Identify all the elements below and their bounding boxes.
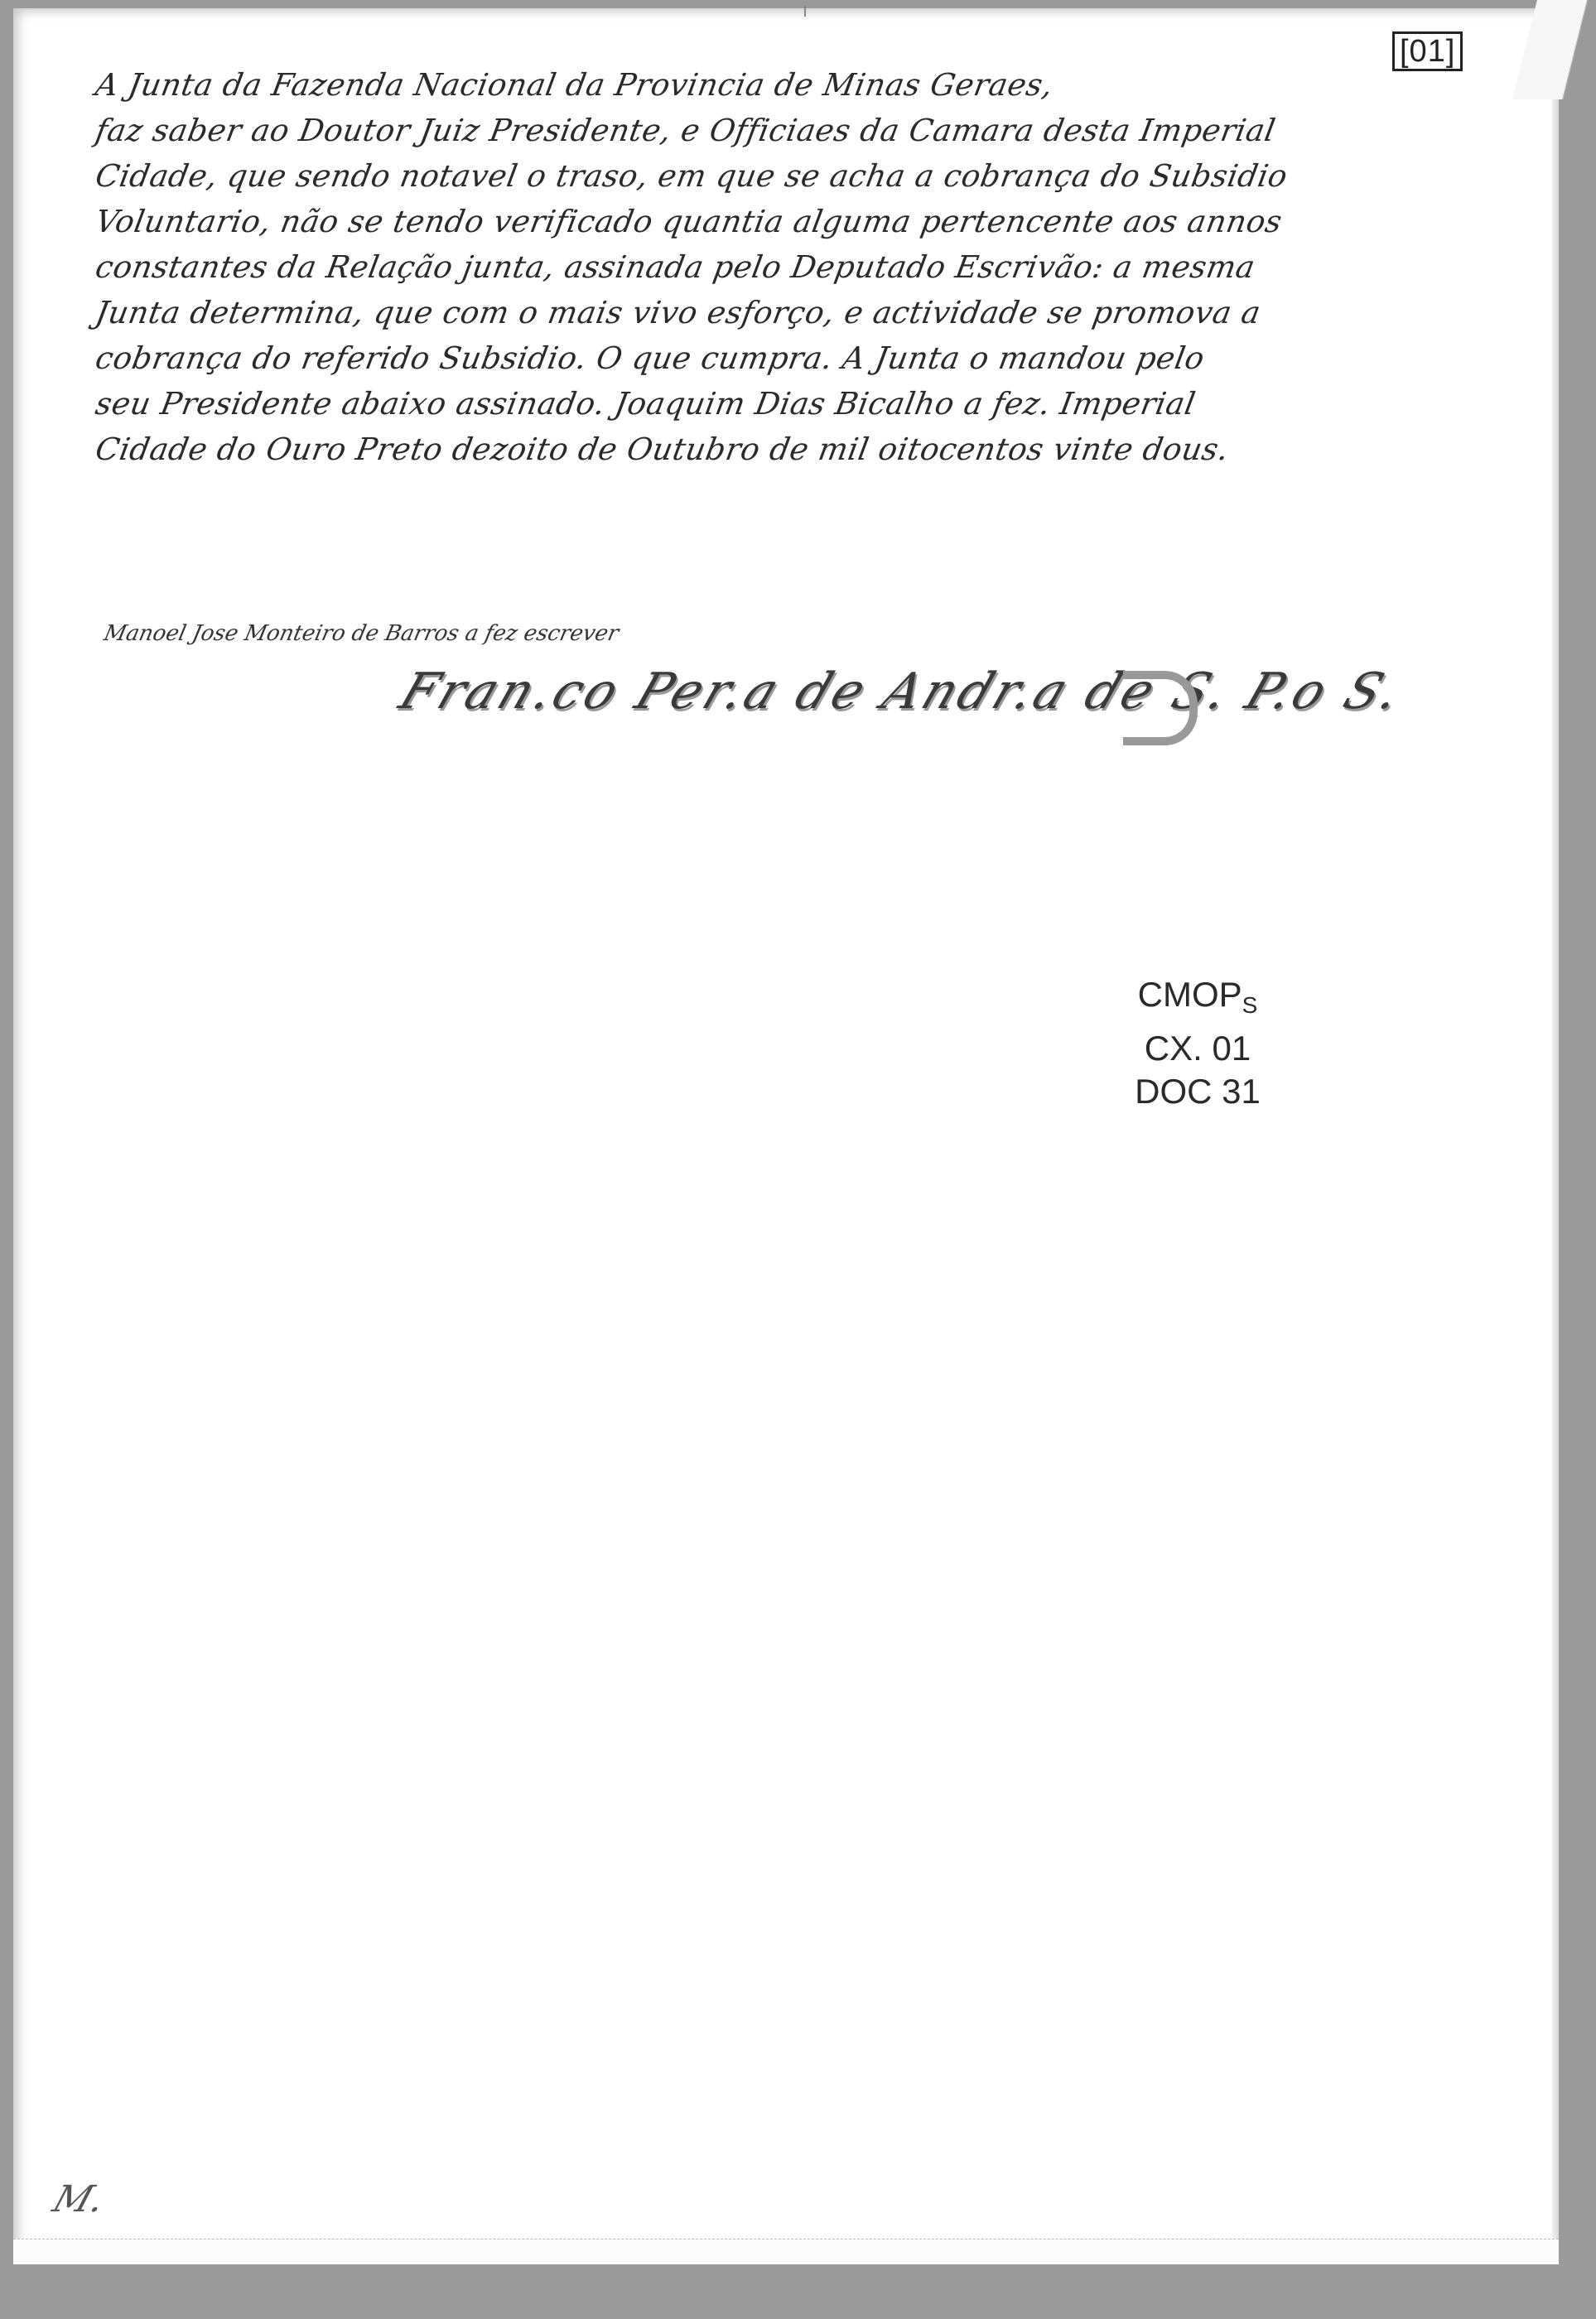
manuscript-line: Voluntario, não se tendo verificado quan… bbox=[92, 199, 1508, 244]
manuscript-line: constantes da Relação junta, assinada pe… bbox=[92, 244, 1508, 290]
manuscript-line: Junta determina, que com o mais vivo esf… bbox=[92, 290, 1508, 335]
page-crease-mark bbox=[804, 5, 806, 17]
manuscript-line: seu Presidente abaixo assinado. Joaquim … bbox=[92, 381, 1508, 427]
manuscript-line: A Junta da Fazenda Nacional da Provincia… bbox=[92, 62, 1508, 108]
margin-mark: M. bbox=[48, 2178, 111, 2220]
scribe-note: Manoel Jose Monteiro de Barros a fez esc… bbox=[102, 621, 621, 646]
manuscript-line: Cidade, que sendo notavel o traso, em qu… bbox=[92, 153, 1508, 199]
signature: Fran.co Per.a de Andr.a de S. P.o S. bbox=[392, 663, 1411, 721]
archive-box: CX. 01 bbox=[1090, 1027, 1305, 1070]
archive-reference: CMOPS CX. 01 DOC 31 bbox=[1090, 973, 1305, 1113]
manuscript-page: [01] A Junta da Fazenda Nacional da Prov… bbox=[13, 8, 1559, 2264]
manuscript-line: Cidade do Ouro Preto dezoito de Outubro … bbox=[92, 427, 1508, 472]
torn-corner bbox=[1512, 0, 1588, 99]
page-edge bbox=[1552, 8, 1559, 2264]
page-bottom-fold bbox=[13, 2239, 1559, 2264]
manuscript-body: A Junta da Fazenda Nacional da Provincia… bbox=[92, 62, 1500, 472]
archive-document-number: DOC 31 bbox=[1090, 1070, 1305, 1113]
signature-flourish bbox=[1123, 671, 1198, 745]
manuscript-line: faz saber ao Doutor Juiz Presidente, e O… bbox=[92, 108, 1508, 153]
archive-collection: CMOPS bbox=[1090, 973, 1305, 1027]
manuscript-line: cobrança do referido Subsidio. O que cum… bbox=[92, 335, 1508, 381]
